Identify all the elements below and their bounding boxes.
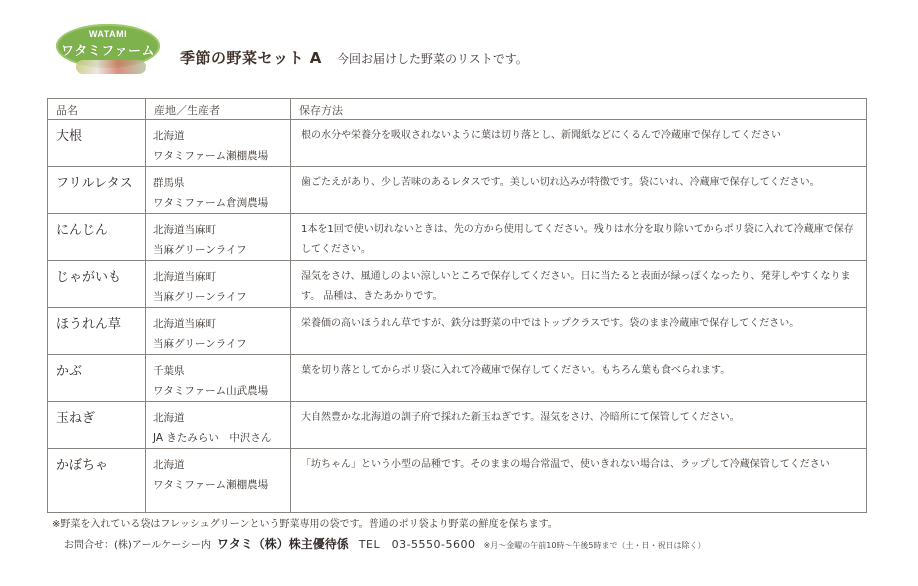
column-header-origin: 産地／生産者	[146, 99, 291, 120]
table-row: 大根 北海道ワタミファーム瀬棚農場 根の水分や栄養分を吸収されないように葉は切り…	[48, 120, 867, 167]
vegetable-name: じゃがいも	[48, 261, 146, 308]
origin-region: 千葉県	[153, 361, 290, 381]
table-row: かぶ 千葉県ワタミファーム山武農場 葉を切り落としてからポリ袋に入れて冷蔵庫で保…	[48, 355, 867, 402]
page-title: 季節の野菜セット A	[180, 47, 322, 68]
watami-farm-logo: WATAMI ワタミファーム	[56, 24, 164, 74]
origin-cell: 千葉県ワタミファーム山武農場	[146, 355, 291, 402]
storage-method: 栄養価の高いほうれん草ですが、鉄分は野菜の中ではトップクラスです。袋のまま冷蔵庫…	[291, 308, 867, 355]
storage-method: 「坊ちゃん」という小型の品種です。そのままの場合常温で、使いきれない場合は、ラッ…	[291, 449, 867, 513]
storage-method: 葉を切り落としてからポリ袋に入れて冷蔵庫で保存してください。もちろん葉も食べられ…	[291, 355, 867, 402]
table-header-row: 品名 産地／生産者 保存方法	[48, 99, 867, 120]
table-row: じゃがいも 北海道当麻町当麻グリーンライフ 湿気をさけ、風通しのよい涼しいところ…	[48, 261, 867, 308]
origin-region: 群馬県	[153, 173, 290, 193]
origin-region: 北海道当麻町	[153, 220, 290, 240]
vegetable-name: にんじん	[48, 214, 146, 261]
origin-cell: 北海道ワタミファーム瀬棚農場	[146, 449, 291, 513]
bag-footnote: ※野菜を入れている袋はフレッシュグリーンという野菜専用の袋です。普通のポリ袋より…	[52, 515, 558, 530]
vegetable-name: フリルレタス	[48, 167, 146, 214]
origin-region: 北海道当麻町	[153, 267, 290, 287]
origin-producer: ワタミファーム瀬棚農場	[153, 475, 290, 495]
vegetable-name: かぼちゃ	[48, 449, 146, 513]
table-row: フリルレタス 群馬県ワタミファーム倉渕農場 歯ごたえがあり、少し苦味のあるレタス…	[48, 167, 867, 214]
origin-producer: 当麻グリーンライフ	[153, 240, 290, 260]
origin-producer: 当麻グリーンライフ	[153, 287, 290, 307]
column-header-storage: 保存方法	[291, 99, 867, 120]
origin-producer: ワタミファーム倉渕農場	[153, 193, 290, 213]
table-row: ほうれん草 北海道当麻町当麻グリーンライフ 栄養価の高いほうれん草ですが、鉄分は…	[48, 308, 867, 355]
origin-producer: ワタミファーム山武農場	[153, 381, 290, 401]
contact-phone: TEL 03-5550-5600	[359, 538, 476, 551]
vegetable-name: 大根	[48, 120, 146, 167]
contact-department: ワタミ（株）株主優待係	[217, 537, 349, 551]
origin-cell: 北海道当麻町当麻グリーンライフ	[146, 261, 291, 308]
vegetables-illustration-icon	[76, 60, 146, 74]
origin-cell: 北海道当麻町当麻グリーンライフ	[146, 308, 291, 355]
storage-method: 根の水分や栄養分を吸収されないように葉は切り落とし、新聞紙などにくるんで冷蔵庫で…	[291, 120, 867, 167]
logo-brand-text: WATAMI	[56, 29, 160, 39]
vegetable-table: 品名 産地／生産者 保存方法 大根 北海道ワタミファーム瀬棚農場 根の水分や栄養…	[47, 98, 867, 513]
logo-farm-text: ワタミファーム	[56, 40, 160, 59]
vegetable-name: かぶ	[48, 355, 146, 402]
contact-prefix: お問合せ：(株)アールケーシー内	[64, 540, 211, 551]
origin-region: 北海道	[153, 455, 290, 475]
storage-method: 大自然豊かな北海道の訓子府で採れた新玉ねぎです。湿気をさけ、冷暗所にて保管してく…	[291, 402, 867, 449]
vegetable-name: ほうれん草	[48, 308, 146, 355]
origin-cell: 群馬県ワタミファーム倉渕農場	[146, 167, 291, 214]
origin-cell: 北海道ワタミファーム瀬棚農場	[146, 120, 291, 167]
storage-method: 湿気をさけ、風通しのよい涼しいところで保存してください。日に当たると表面が緑っぽ…	[291, 261, 867, 308]
vegetable-name: 玉ねぎ	[48, 402, 146, 449]
column-header-name: 品名	[48, 99, 146, 120]
contact-hours: ※月～金曜の午前10時～午後5時まで（土・日・祝日は除く）	[484, 541, 706, 550]
origin-producer: 当麻グリーンライフ	[153, 334, 290, 354]
origin-producer: JA きたみらい 中沢さん	[153, 428, 290, 448]
page-subtitle: 今回お届けした野菜のリストです。	[337, 50, 528, 67]
origin-region: 北海道当麻町	[153, 314, 290, 334]
origin-cell: 北海道当麻町当麻グリーンライフ	[146, 214, 291, 261]
table-row: にんじん 北海道当麻町当麻グリーンライフ 1本を1回で使い切れないときは、先の方…	[48, 214, 867, 261]
contact-line: お問合せ：(株)アールケーシー内ワタミ（株）株主優待係TEL 03-5550-5…	[64, 535, 706, 552]
origin-producer: ワタミファーム瀬棚農場	[153, 146, 290, 166]
table-row: 玉ねぎ 北海道JA きたみらい 中沢さん 大自然豊かな北海道の訓子府で採れた新玉…	[48, 402, 867, 449]
origin-region: 北海道	[153, 126, 290, 146]
table-row: かぼちゃ 北海道ワタミファーム瀬棚農場 「坊ちゃん」という小型の品種です。そのま…	[48, 449, 867, 513]
origin-cell: 北海道JA きたみらい 中沢さん	[146, 402, 291, 449]
storage-method: 1本を1回で使い切れないときは、先の方から使用してください。残りは水分を取り除い…	[291, 214, 867, 261]
storage-method: 歯ごたえがあり、少し苦味のあるレタスです。美しい切れ込みが特徴です。袋にいれ、冷…	[291, 167, 867, 214]
origin-region: 北海道	[153, 408, 290, 428]
